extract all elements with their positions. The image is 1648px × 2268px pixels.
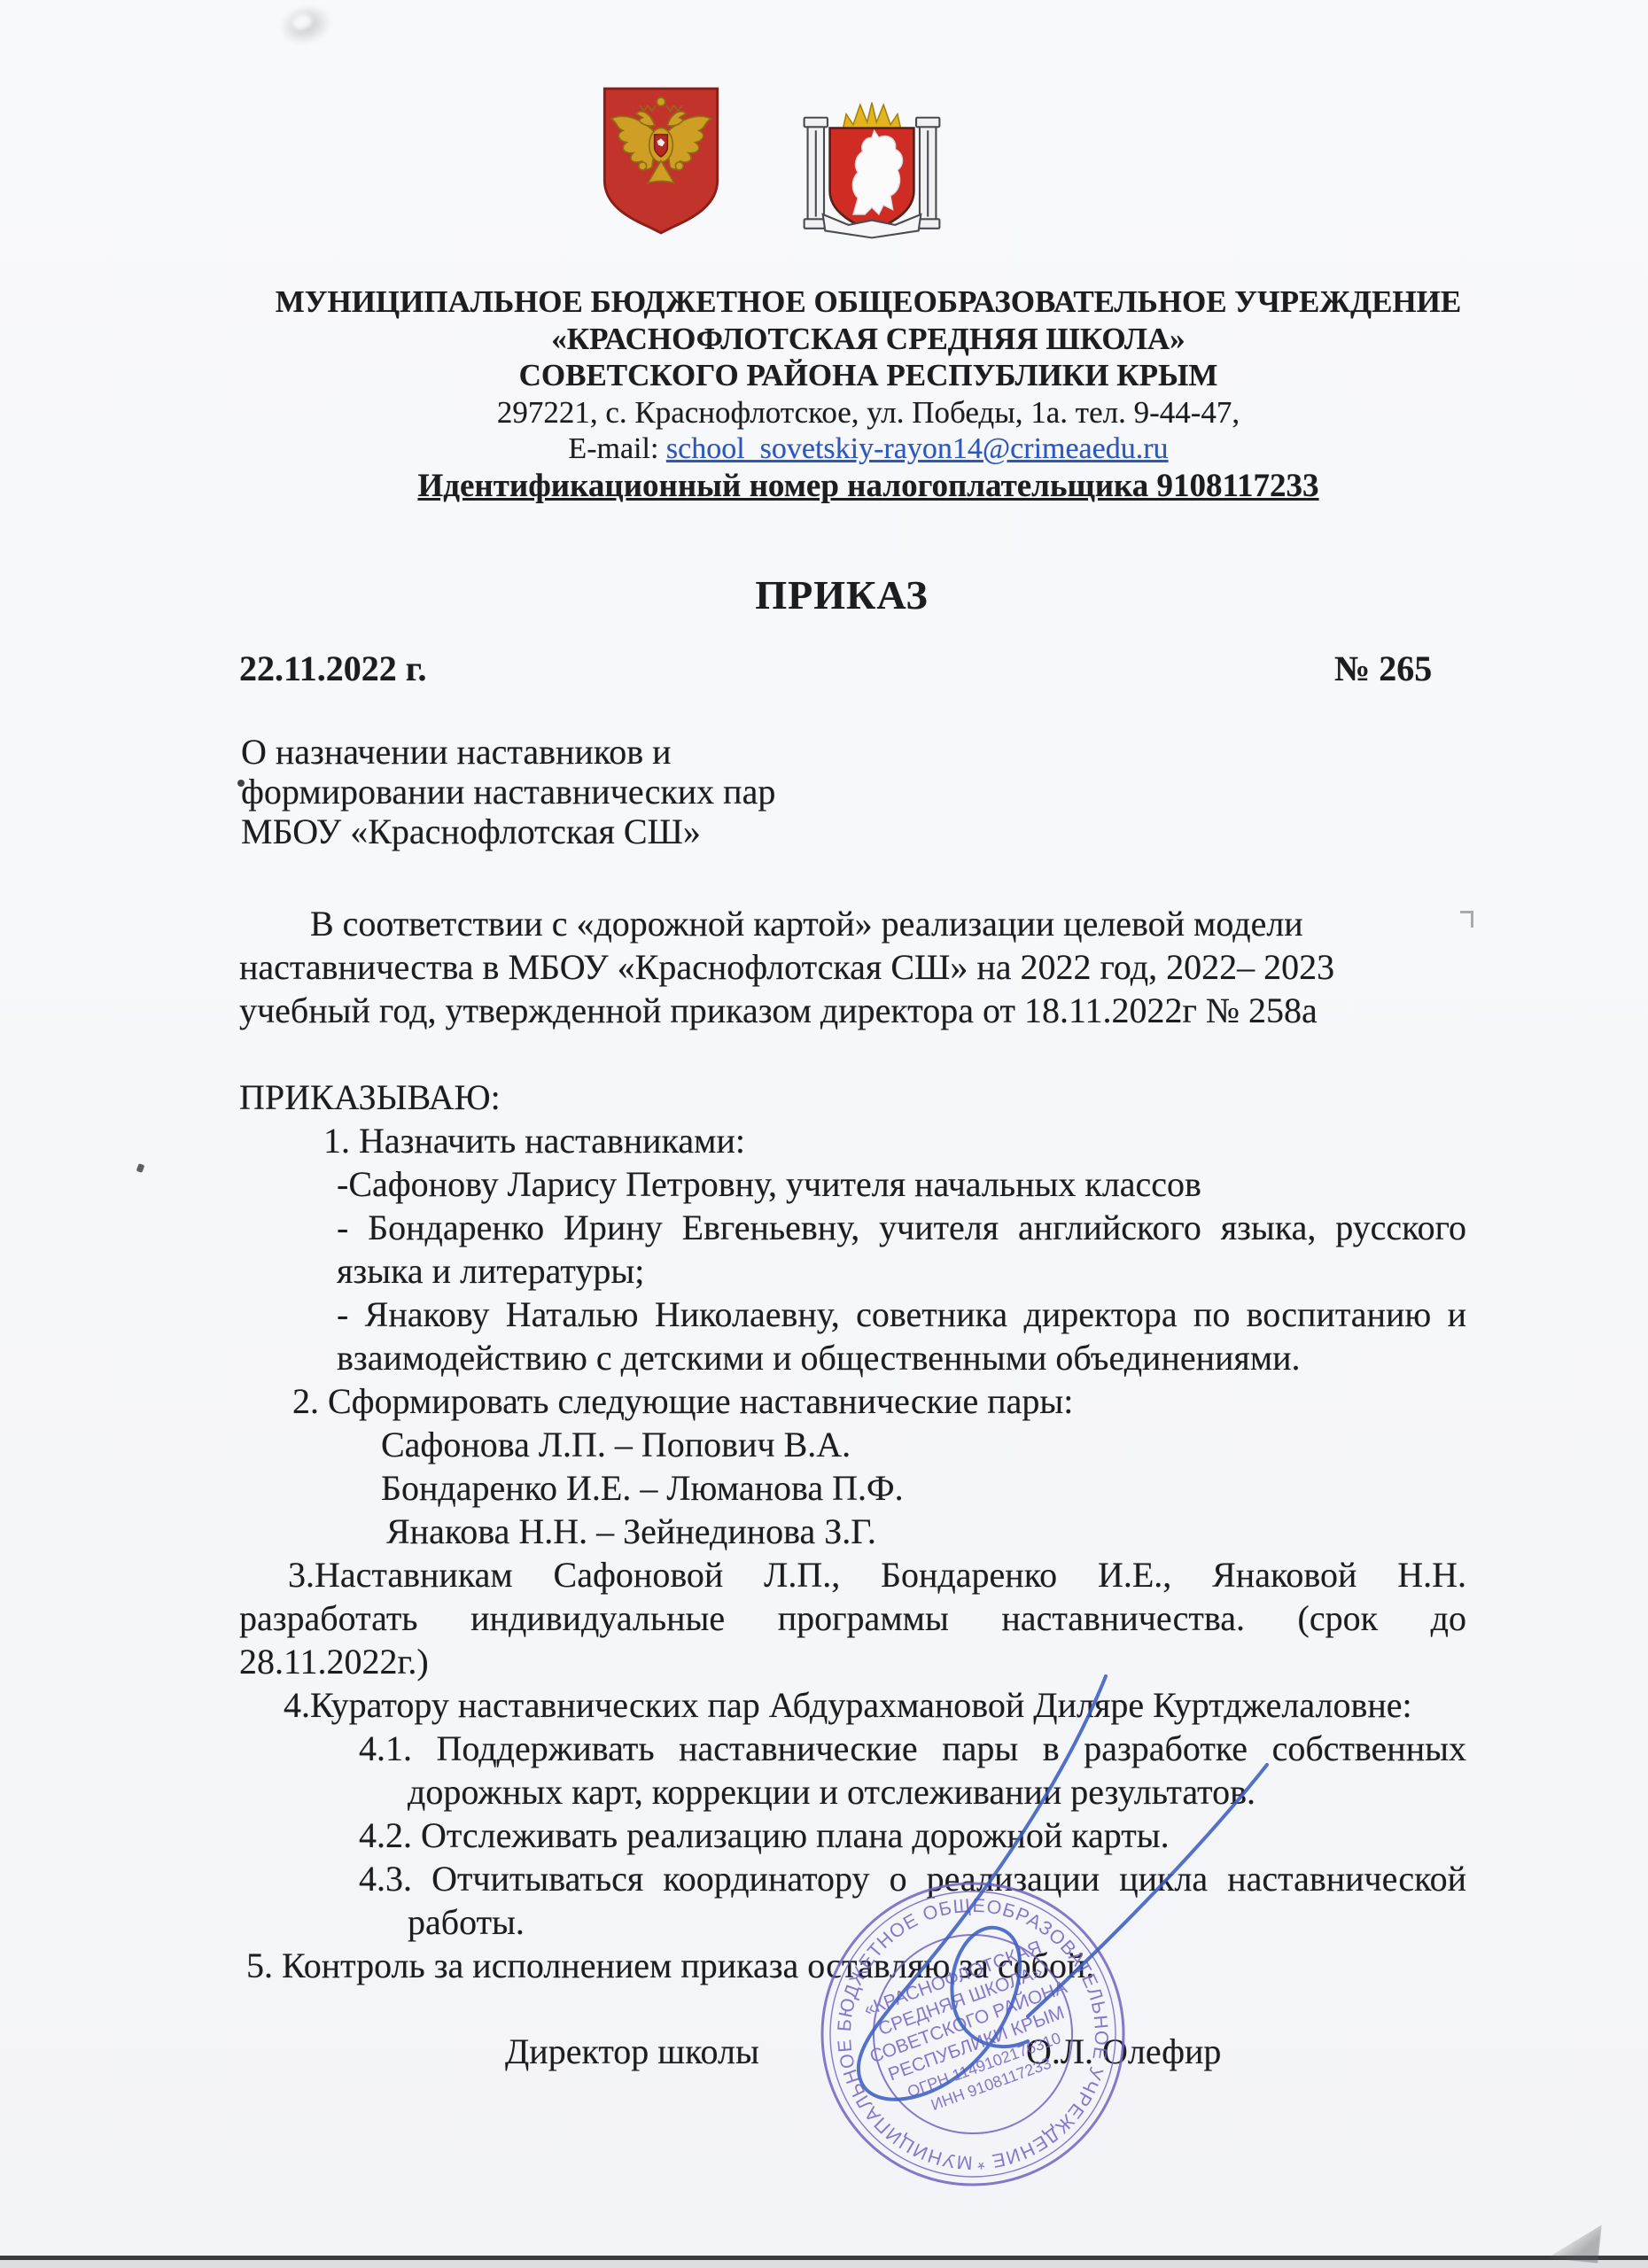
order-body-line: 3.Наставникам Сафоновой Л.П., Бондаренко… (239, 1553, 1466, 1596)
email-label: E-mail: (568, 432, 665, 465)
crimea-coat-of-arms (802, 85, 942, 255)
order-body-line: 5. Контроль за исполнением приказа остав… (239, 1944, 1466, 1987)
order-date: 22.11.2022 г. (239, 649, 426, 688)
signature-row: Директор школы О.Л. Олефир (239, 2031, 1466, 2074)
order-body-line (239, 1032, 1466, 1076)
org-header: МУНИЦИПАЛЬНОЕ БЮДЖЕТНОЕ ОБЩЕОБРАЗОВАТЕЛЬ… (222, 283, 1515, 504)
order-body-line: - Янакову Наталью Николаевну, советника … (239, 1293, 1466, 1336)
org-name-line3: СОВЕТСКОГО РАЙОНА РЕСПУБЛИКИ КРЫМ (222, 357, 1515, 394)
subject-line: МБОУ «Краснофлотская СШ» (241, 812, 775, 851)
order-body-line: языка и литературы; (239, 1249, 1466, 1293)
order-number: № 265 (1334, 648, 1432, 689)
order-body-line: Янакова Н.Н. – Зейнединова З.Г. (239, 1510, 1466, 1553)
order-body-line: работы. (239, 1900, 1466, 1944)
order-body-line: 2. Сформировать следующие наставнические… (239, 1379, 1466, 1423)
order-body-line: учебный год, утвержденной приказом дирек… (239, 989, 1466, 1032)
order-body-line: 4.2. Отслеживать реализацию плана дорожн… (239, 1814, 1466, 1857)
subject-line: формировании наставнических пар (241, 772, 775, 812)
order-body-line: 1. Назначить наставниками: (239, 1119, 1466, 1162)
order-body-line: В соответствии с «дорожной картой» реали… (239, 902, 1466, 945)
order-body: В соответствии с «дорожной картой» реали… (239, 902, 1466, 1987)
order-date-row: 22.11.2022 г. № 265 (239, 648, 1466, 692)
scan-speck (237, 780, 245, 787)
scan-smudge (275, 0, 336, 50)
order-body-line: 4.1. Поддерживать наставнические пары в … (239, 1727, 1466, 1770)
scan-edge-shade (0, 2260, 1648, 2268)
order-body-line: 28.11.2022г.) (239, 1640, 1466, 1683)
order-subject: О назначении наставников и формировании … (241, 732, 775, 851)
order-body-line: ПРИКАЗЫВАЮ: (239, 1076, 1466, 1119)
order-body-line: -Сафонову Ларису Петровну, учителя начал… (239, 1162, 1466, 1206)
order-title: ПРИКАЗ (222, 571, 1462, 618)
org-name-line2: «КРАСНОФЛОТСКАЯ СРЕДНЯЯ ШКОЛА» (222, 321, 1515, 358)
order-body-line: наставничества в МБОУ «Краснофлотская СШ… (239, 945, 1466, 989)
scan-corner-smudge (1547, 2219, 1602, 2264)
russia-coat-of-arms (595, 82, 727, 237)
signer-position: Директор школы (505, 2031, 759, 2072)
scan-mark (1460, 911, 1473, 928)
subject-line: О назначении наставников и (241, 732, 775, 772)
order-body-line: взаимодействию с детскими и общественным… (239, 1336, 1466, 1379)
signer-name: О.Л. Олефир (1026, 2031, 1221, 2072)
email-link: school_sovetskiy-rayon14@crimeaedu.ru (666, 432, 1169, 465)
order-body-line: 4.Куратору наставнических пар Абдурахман… (239, 1683, 1466, 1727)
order-body-line: разработать индивидуальные программы нас… (239, 1596, 1466, 1640)
org-address: 297221, с. Краснофлотское, ул. Победы, 1… (222, 394, 1515, 431)
order-body-line: дорожных карт, коррекции и отслеживании … (239, 1770, 1466, 1814)
org-email-line: E-mail: school_sovetskiy-rayon14@crimeae… (222, 431, 1515, 468)
order-body-line: Сафонова Л.П. – Попович В.А. (239, 1423, 1466, 1466)
org-name-line1: МУНИЦИПАЛЬНОЕ БЮДЖЕТНОЕ ОБЩЕОБРАЗОВАТЕЛЬ… (222, 283, 1515, 321)
order-body-line: - Бондаренко Ирину Евгеньевну, учителя а… (239, 1206, 1466, 1249)
org-inn-line: Идентификационный номер налогоплательщик… (222, 468, 1515, 505)
scan-speck (136, 1163, 145, 1173)
order-body-line: Бондаренко И.Е. – Люманова П.Ф. (239, 1466, 1466, 1510)
order-body-line: 4.3. Отчитываться координатору о реализа… (239, 1857, 1466, 1900)
document-page: МУНИЦИПАЛЬНОЕ БЮДЖЕТНОЕ ОБЩЕОБРАЗОВАТЕЛЬ… (0, 0, 1648, 2268)
